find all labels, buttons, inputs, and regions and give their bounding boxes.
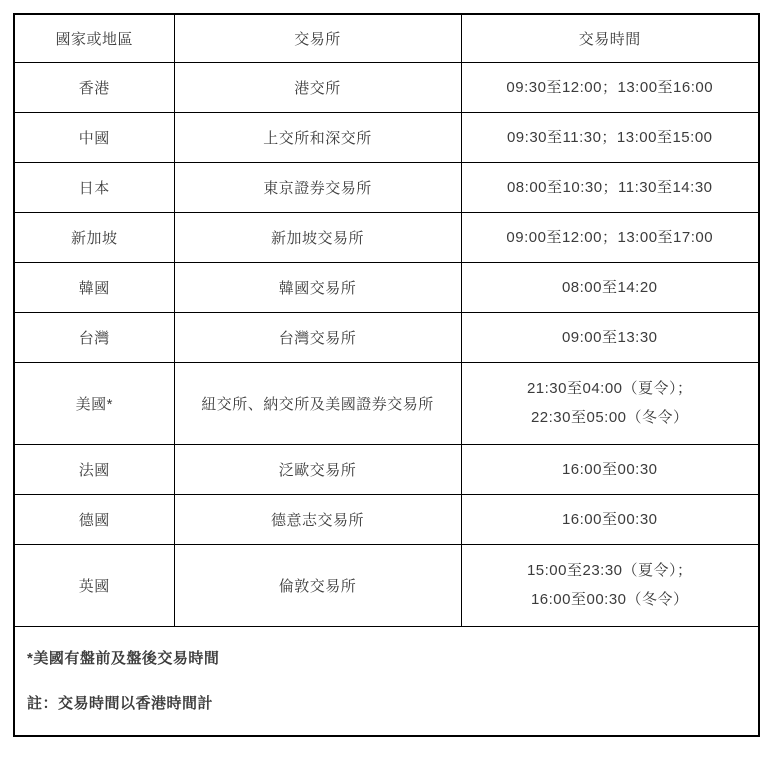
region-cell: 美國* [14, 362, 174, 444]
exchange-cell: 韓國交易所 [174, 262, 461, 312]
table-row: 德國 德意志交易所 16:00至00:30 [14, 494, 759, 544]
region-cell: 英國 [14, 544, 174, 626]
exchange-cell: 新加坡交易所 [174, 212, 461, 262]
hours-cell: 09:30至12:00；13:00至16:00 [461, 62, 759, 112]
hours-text: 09:00至12:00；13:00至17:00 [466, 223, 755, 252]
exchange-cell: 台灣交易所 [174, 312, 461, 362]
hours-text: 16:00至00:30 [466, 455, 755, 484]
hours-cell: 16:00至00:30 [461, 494, 759, 544]
trading-hours-table: 國家或地區 交易所 交易時間 香港 港交所 09:30至12:00；13:00至… [13, 13, 760, 737]
table-row: 韓國 韓國交易所 08:00至14:20 [14, 262, 759, 312]
col-header-hours: 交易時間 [461, 14, 759, 62]
hours-text-winter: 22:30至05:00（冬令） [466, 403, 755, 432]
hours-cell: 08:00至14:20 [461, 262, 759, 312]
region-cell: 德國 [14, 494, 174, 544]
exchange-cell: 港交所 [174, 62, 461, 112]
region-cell: 香港 [14, 62, 174, 112]
table-row: 香港 港交所 09:30至12:00；13:00至16:00 [14, 62, 759, 112]
hours-cell: 09:00至12:00；13:00至17:00 [461, 212, 759, 262]
hours-text-winter: 16:00至00:30（冬令） [466, 585, 755, 614]
hours-text: 08:00至14:20 [466, 273, 755, 302]
exchange-cell: 德意志交易所 [174, 494, 461, 544]
footnote-cell: *美國有盤前及盤後交易時間 註：交易時間以香港時間計 [14, 626, 759, 736]
header-row: 國家或地區 交易所 交易時間 [14, 14, 759, 62]
hours-cell: 09:00至13:30 [461, 312, 759, 362]
exchange-cell: 東京證券交易所 [174, 162, 461, 212]
table-row: 美國* 紐交所、納交所及美國證券交易所 21:30至04:00（夏令）； 22:… [14, 362, 759, 444]
hours-text: 08:00至10:30；11:30至14:30 [466, 173, 755, 202]
table-row: 中國 上交所和深交所 09:30至11:30；13:00至15:00 [14, 112, 759, 162]
exchange-cell: 紐交所、納交所及美國證券交易所 [174, 362, 461, 444]
exchange-cell: 倫敦交易所 [174, 544, 461, 626]
table-row: 法國 泛歐交易所 16:00至00:30 [14, 444, 759, 494]
exchange-cell: 泛歐交易所 [174, 444, 461, 494]
footnote-row: *美國有盤前及盤後交易時間 註：交易時間以香港時間計 [14, 626, 759, 736]
region-cell: 中國 [14, 112, 174, 162]
table-row: 新加坡 新加坡交易所 09:00至12:00；13:00至17:00 [14, 212, 759, 262]
page: 國家或地區 交易所 交易時間 香港 港交所 09:30至12:00；13:00至… [0, 13, 771, 757]
region-cell: 韓國 [14, 262, 174, 312]
col-header-region: 國家或地區 [14, 14, 174, 62]
table-row: 日本 東京證券交易所 08:00至10:30；11:30至14:30 [14, 162, 759, 212]
hours-cell: 15:00至23:30（夏令）； 16:00至00:30（冬令） [461, 544, 759, 626]
hours-text-summer: 15:00至23:30（夏令）； [466, 556, 755, 585]
region-cell: 日本 [14, 162, 174, 212]
table-row: 英國 倫敦交易所 15:00至23:30（夏令）； 16:00至00:30（冬令… [14, 544, 759, 626]
region-cell: 法國 [14, 444, 174, 494]
hours-cell: 16:00至00:30 [461, 444, 759, 494]
region-cell: 台灣 [14, 312, 174, 362]
footnote-us-extended-hours: *美國有盤前及盤後交易時間 [27, 650, 746, 667]
hours-cell: 08:00至10:30；11:30至14:30 [461, 162, 759, 212]
hours-text-summer: 21:30至04:00（夏令）； [466, 374, 755, 403]
hours-text: 09:00至13:30 [466, 323, 755, 352]
region-cell: 新加坡 [14, 212, 174, 262]
table-row: 台灣 台灣交易所 09:00至13:30 [14, 312, 759, 362]
hours-text: 16:00至00:30 [466, 505, 755, 534]
hours-text: 09:30至11:30；13:00至15:00 [466, 123, 755, 152]
footnote-hk-time-note: 註：交易時間以香港時間計 [27, 695, 746, 712]
col-header-exchange: 交易所 [174, 14, 461, 62]
hours-cell: 21:30至04:00（夏令）； 22:30至05:00（冬令） [461, 362, 759, 444]
hours-text: 09:30至12:00；13:00至16:00 [466, 73, 755, 102]
hours-cell: 09:30至11:30；13:00至15:00 [461, 112, 759, 162]
exchange-cell: 上交所和深交所 [174, 112, 461, 162]
